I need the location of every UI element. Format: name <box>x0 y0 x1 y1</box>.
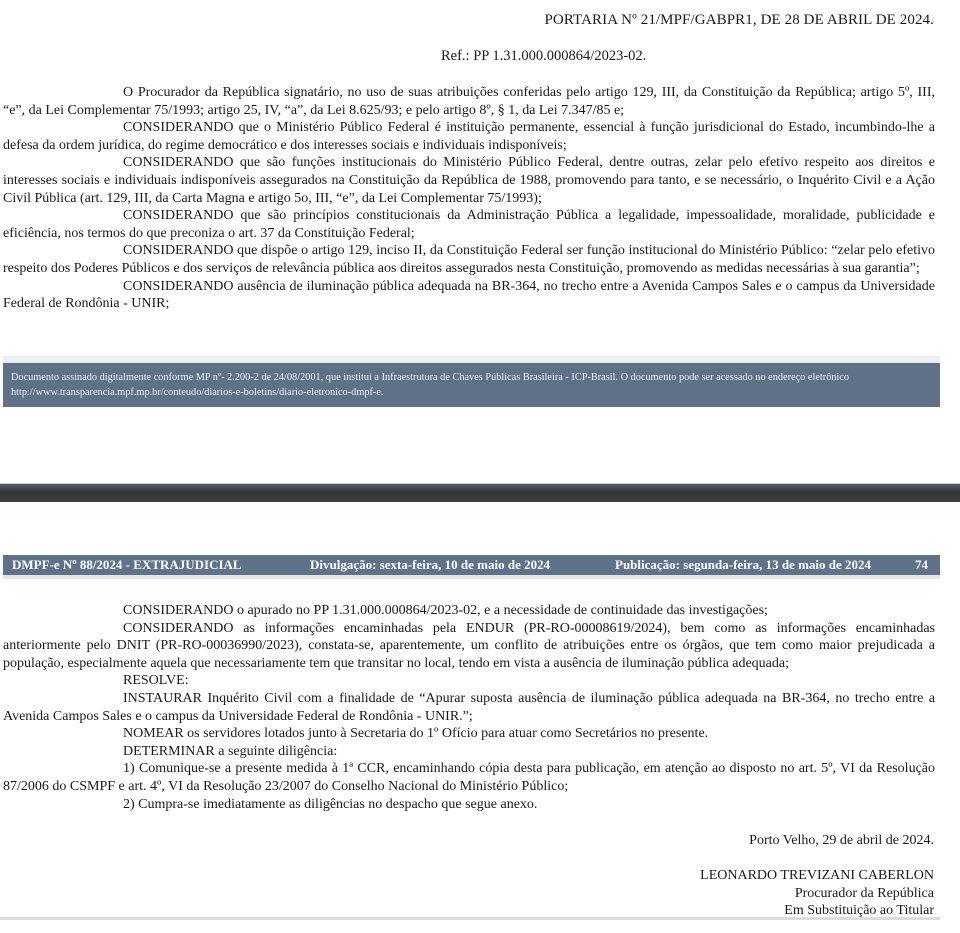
edition-label: DMPF-e Nº 88/2024 - EXTRAJUDICIAL <box>12 555 242 575</box>
preamble-paragraph: O Procurador da República signatário, no… <box>3 84 935 119</box>
instaurar-paragraph: INSTAURAR Inquérito Civil com a finalida… <box>3 690 935 725</box>
considering-paragraph: CONSIDERANDO que dispõe o artigo 129, in… <box>3 242 935 277</box>
considering-paragraph: CONSIDERANDO que são funções institucion… <box>3 154 935 207</box>
diligence-item: 2) Cumpra-se imediatamente as diligência… <box>3 796 935 814</box>
signer-name: LEONARDO TREVIZANI CABERLON <box>700 867 934 885</box>
disclosure-date: Divulgação: sexta-feira, 10 de maio de 2… <box>310 555 550 575</box>
publication-date: Publicação: segunda-feira, 13 de maio de… <box>615 555 871 575</box>
signature-block: LEONARDO TREVIZANI CABERLON Procurador d… <box>700 867 934 920</box>
considering-paragraph: CONSIDERANDO as informações encaminhadas… <box>3 620 935 673</box>
considering-paragraph: CONSIDERANDO o apurado no PP 1.31.000.00… <box>3 602 935 620</box>
resolve-heading: RESOLVE: <box>3 672 935 690</box>
page-number: 74 <box>915 555 928 575</box>
header-underline <box>3 575 940 579</box>
ordinance-title: PORTARIA Nº 21/MPF/GABPR1, DE 28 DE ABRI… <box>544 12 934 29</box>
document-page-2: DMPF-e Nº 88/2024 - EXTRAJUDICIAL Divulg… <box>0 555 960 933</box>
bottom-divider <box>0 917 940 920</box>
determinar-paragraph: DETERMINAR a seguinte diligência: <box>3 743 935 761</box>
place-and-date: Porto Velho, 29 de abril de 2024. <box>749 832 934 850</box>
ordinance-body-continued: CONSIDERANDO o apurado no PP 1.31.000.00… <box>3 602 935 813</box>
page-separator <box>0 483 960 502</box>
considering-paragraph: CONSIDERANDO que o Ministério Público Fe… <box>3 119 935 154</box>
signer-role: Procurador da República <box>700 885 934 903</box>
diligence-item: 1) Comunique-se a presente medida à 1ª C… <box>3 760 935 795</box>
document-page-1: PORTARIA Nº 21/MPF/GABPR1, DE 28 DE ABRI… <box>0 0 960 415</box>
digital-signature-notice: Documento assinado digitalmente conforme… <box>3 362 940 407</box>
reference-number: Ref.: PP 1.31.000.000864/2023-02. <box>441 48 646 65</box>
gazette-header: DMPF-e Nº 88/2024 - EXTRAJUDICIAL Divulg… <box>3 555 940 575</box>
ordinance-body: O Procurador da República signatário, no… <box>3 84 935 313</box>
considering-paragraph: CONSIDERANDO que são princípios constitu… <box>3 207 935 242</box>
nomear-paragraph: NOMEAR os servidores lotados junto à Sec… <box>3 725 935 743</box>
considering-paragraph: CONSIDERANDO ausência de iluminação públ… <box>3 278 935 313</box>
